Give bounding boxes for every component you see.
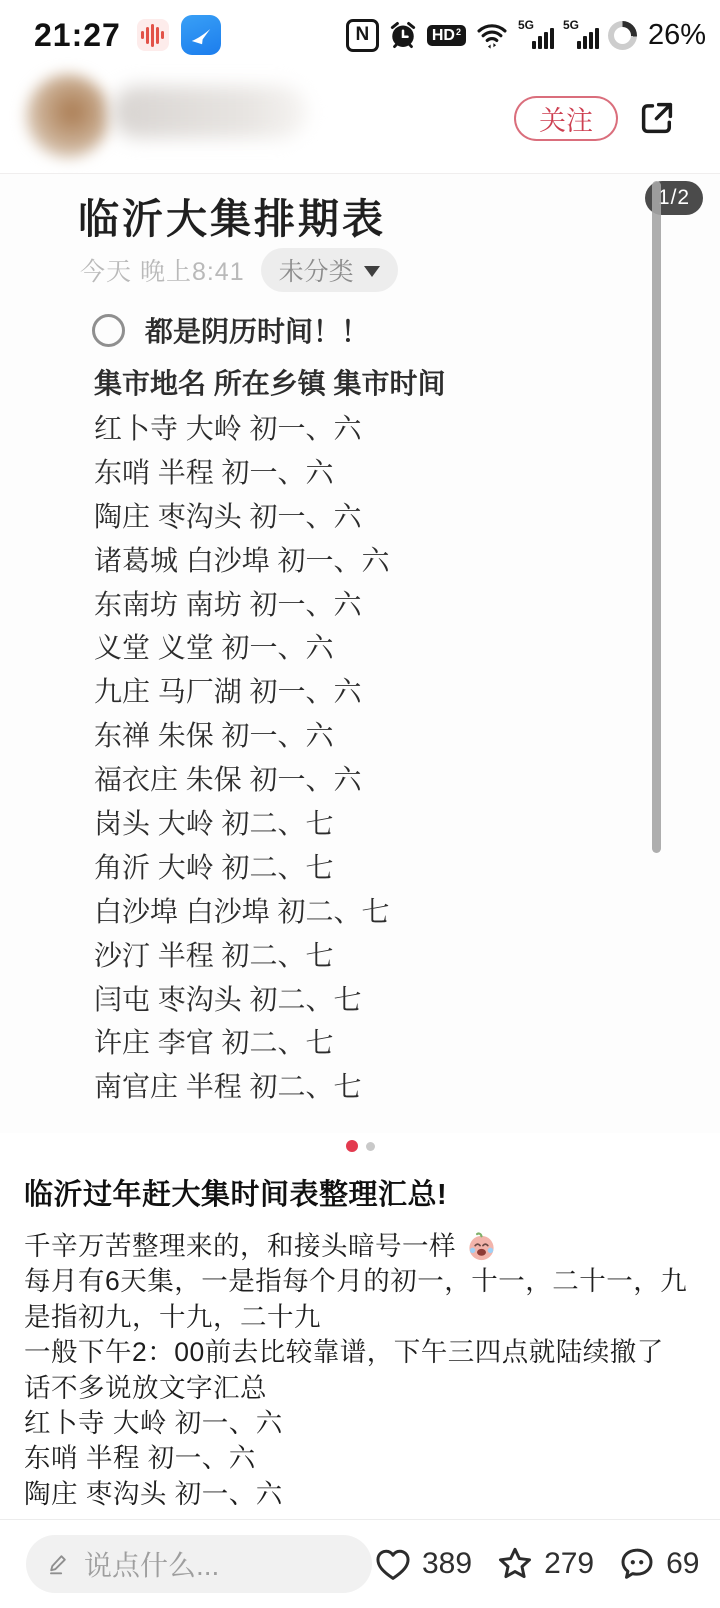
comment-placeholder: 说点什么... — [84, 1544, 219, 1584]
caption-line: 一般下午2：00前去比较靠谱，下午三四点就陆续撤了 — [24, 1335, 700, 1370]
table-row: 岗头 大岭 初二、七 — [94, 800, 390, 844]
nfc-icon: N — [346, 19, 379, 52]
table-row: 南官庄 半程 初二、七 — [94, 1063, 390, 1107]
battery-ring-icon — [608, 21, 637, 50]
caption-line: 千辛万苦整理来的，和接头暗号一样 — [24, 1229, 700, 1264]
table-row: 诸葛城 白沙埠 初一、六 — [94, 537, 390, 581]
clock-time: 21:27 — [34, 17, 121, 54]
table-row: 许庄 李官 初二、七 — [94, 1019, 390, 1063]
hd-volte-icon: HD2 — [427, 25, 466, 46]
table-row: 白沙埠 白沙埠 初二、七 — [94, 888, 390, 932]
messenger-app-icon — [181, 15, 221, 55]
share-button[interactable] — [633, 94, 681, 142]
share-icon — [635, 96, 679, 140]
status-left-icons — [137, 15, 221, 55]
pencil-icon — [46, 1551, 72, 1577]
comment-button[interactable]: 69 — [616, 1543, 699, 1585]
note-row: 都是阴历时间！！ — [92, 310, 369, 350]
table-row: 义堂 义堂 初一、六 — [94, 624, 390, 668]
collect-button[interactable]: 279 — [494, 1543, 594, 1585]
username-blurred — [112, 86, 307, 138]
caption-line: 红卜寺 大岭 初一、六 — [24, 1406, 700, 1441]
category-dropdown[interactable]: 未分类 — [261, 248, 398, 292]
market-rows: 红卜寺 大岭 初一、六东哨 半程 初一、六陶庄 枣沟头 初一、六诸葛城 白沙埠 … — [94, 405, 390, 1107]
signal-5g-icon-2: 5G — [563, 19, 599, 51]
image-title: 临沂大集排期表 — [78, 186, 386, 245]
alarm-icon — [388, 20, 418, 50]
caption-line: 东哨 半程 初一、六 — [24, 1441, 700, 1476]
chevron-down-icon — [364, 266, 380, 277]
wifi-icon — [475, 20, 509, 50]
table-row: 红卜寺 大岭 初一、六 — [94, 405, 390, 449]
post-image[interactable]: 临沂大集排期表 今天 晚上8:41 未分类 都是阴历时间！！ 集市地名 所在乡镇… — [0, 173, 720, 1133]
table-row: 角沂 大岭 初二、七 — [94, 844, 390, 888]
status-right-icons: N HD2 5G 5G — [346, 19, 706, 52]
signal-5g-icon: 5G — [518, 19, 554, 51]
chat-bubble-icon — [616, 1543, 658, 1585]
dot-active — [346, 1140, 358, 1152]
caption-line: 每月有6天集，一是指每个月的初一，十一，二十一，九是指初九，十九，二十九 — [24, 1264, 700, 1335]
market-table-header: 集市地名 所在乡镇 集市时间 — [94, 362, 446, 402]
table-row: 东哨 半程 初一、六 — [94, 449, 390, 493]
post-header: 关注 — [0, 64, 720, 172]
table-row: 东南坊 南坊 初一、六 — [94, 581, 390, 625]
avatar[interactable] — [26, 74, 110, 158]
table-row: 陶庄 枣沟头 初一、六 — [94, 493, 390, 537]
caption-title: 临沂过年赶大集时间表整理汇总! — [24, 1172, 700, 1213]
image-meta-row: 今天 晚上8:41 未分类 — [80, 248, 398, 292]
table-row: 沙汀 半程 初二、七 — [94, 932, 390, 976]
caption-body: 千辛万苦整理来的，和接头暗号一样 每月有6天集，一是指每个月的初一，十一，二十一… — [24, 1229, 700, 1512]
image-scrollbar[interactable] — [652, 181, 661, 853]
post-caption: 临沂过年赶大集时间表整理汇总! 千辛万苦整理来的，和接头暗号一样 每月有6天集，… — [24, 1172, 700, 1512]
post-date: 今天 晚上8:41 — [80, 252, 245, 288]
heart-icon — [372, 1543, 414, 1585]
table-row: 福衣庄 朱保 初一、六 — [94, 756, 390, 800]
status-bar: 21:27 N HD2 — [0, 0, 720, 64]
note-text: 都是阴历时间！！ — [145, 310, 369, 350]
category-label: 未分类 — [279, 252, 354, 288]
pagination-dots — [0, 1140, 720, 1152]
caption-line: 陶庄 枣沟头 初一、六 — [24, 1477, 700, 1512]
dot-inactive — [366, 1142, 375, 1151]
engagement-bar: 389 279 69 — [372, 1543, 700, 1585]
table-row: 九庄 马厂湖 初一、六 — [94, 668, 390, 712]
battery-percent: 26% — [648, 19, 706, 52]
like-button[interactable]: 389 — [372, 1543, 472, 1585]
table-row: 闫屯 枣沟头 初二、七 — [94, 976, 390, 1020]
comment-input[interactable]: 说点什么... — [26, 1535, 372, 1593]
caption-line: 话不多说放文字汇总 — [24, 1371, 700, 1406]
follow-button-label: 关注 — [539, 99, 593, 138]
star-icon — [494, 1543, 536, 1585]
circle-bullet-icon — [92, 314, 125, 347]
comment-count: 69 — [666, 1547, 699, 1581]
voice-recording-icon — [137, 19, 169, 51]
like-count: 389 — [422, 1547, 472, 1581]
crying-sticker-emoji — [466, 1231, 497, 1262]
bottom-action-bar: 说点什么... 389 279 69 — [0, 1519, 720, 1608]
table-row: 东禅 朱保 初一、六 — [94, 712, 390, 756]
follow-button[interactable]: 关注 — [514, 96, 618, 141]
collect-count: 279 — [544, 1547, 594, 1581]
